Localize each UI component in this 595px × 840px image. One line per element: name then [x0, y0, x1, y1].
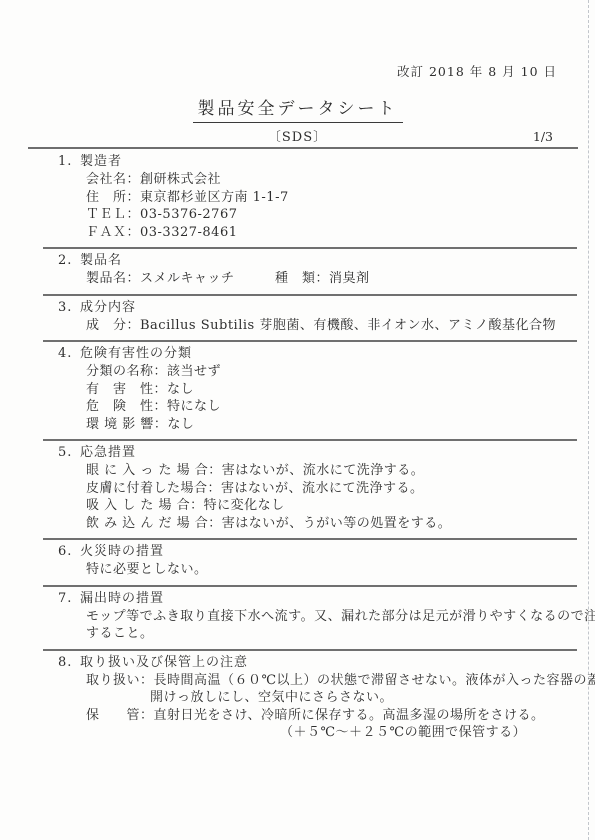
storage-line-2: （＋５℃～＋２５℃の範囲で保管する）	[280, 724, 595, 742]
handling-line-2: 開けっ放しにし、空気中にさらさない。	[150, 689, 595, 707]
skin-contact-line: 皮膚に付着した場合：害はないが、流水にて洗浄する。	[86, 480, 595, 498]
section-number: 4.	[58, 345, 80, 363]
tel-line: ＴＥＬ：03-5376-2767	[86, 206, 595, 224]
section-divider	[43, 585, 577, 587]
section-heading: 6.火災時の措置	[58, 543, 595, 561]
company-name-line: 会社名：創研株式会社	[86, 171, 595, 189]
section-leakage-measures: 7.漏出時の措置 モップ等でふき取り直接下水へ流す。又、漏れた部分は足元が滑りや…	[0, 590, 595, 643]
fax-line: ＦＡＸ：03-3327-8461	[86, 224, 595, 242]
section-ingredients: 3.成分内容 成 分：Bacillus Subtilis 芽胞菌、有機酸、非イオ…	[0, 299, 595, 335]
ingredients-line: 成 分：Bacillus Subtilis 芽胞菌、有機酸、非イオン水、アミノ酸…	[86, 317, 595, 335]
section-heading: 5.応急措置	[58, 444, 595, 462]
header-rule	[28, 147, 578, 149]
section-title: 製品名	[80, 253, 122, 268]
sds-document-page: 改訂 2018 年 8 月 10 日 製品安全データシート 〔SDS〕 1/3 …	[0, 0, 595, 840]
section-hazard-classification: 4.危険有害性の分類 分類の名称：該当せず 有 害 性：なし 危 険 性：特にな…	[0, 345, 595, 433]
product-name-line: 製品名：スメルキャッチ 種 類：消臭剤	[86, 270, 595, 288]
section-divider	[43, 649, 577, 651]
section-title: 火災時の措置	[80, 544, 164, 559]
section-first-aid: 5.応急措置 眼 に 入 っ た 場 合：害はないが、流水にて洗浄する。 皮膚に…	[0, 444, 595, 532]
section-title: 漏出時の措置	[80, 591, 164, 606]
section-number: 2.	[58, 252, 80, 270]
section-heading: 2.製品名	[58, 252, 595, 270]
section-number: 6.	[58, 543, 80, 561]
leakage-line-2: すること。	[86, 625, 595, 643]
section-title: 取り扱い及び保管上の注意	[80, 655, 248, 670]
page-number: 1/3	[533, 129, 553, 144]
section-heading: 3.成分内容	[58, 299, 595, 317]
eye-contact-line: 眼 に 入 っ た 場 合：害はないが、流水にて洗浄する。	[86, 462, 595, 480]
page-title: 製品安全データシート	[193, 94, 403, 123]
danger-line: 危 険 性：特になし	[86, 398, 595, 416]
section-manufacturer: 1.製造者 会社名：創研株式会社 住 所：東京都杉並区方南 1-1-7 ＴＥＬ：…	[0, 153, 595, 241]
storage-line-1: 保 管：直射日光をさけ、冷暗所に保存する。高温多湿の場所をさける。	[86, 707, 595, 725]
toxicity-line: 有 害 性：なし	[86, 381, 595, 399]
address-line: 住 所：東京都杉並区方南 1-1-7	[86, 189, 595, 207]
section-divider	[43, 538, 577, 540]
section-title: 危険有害性の分類	[80, 346, 192, 361]
section-divider	[43, 439, 577, 441]
section-product-name: 2.製品名 製品名：スメルキャッチ 種 類：消臭剤	[0, 252, 595, 288]
section-divider	[43, 294, 577, 296]
title-block: 製品安全データシート 〔SDS〕	[0, 94, 595, 145]
section-number: 7.	[58, 590, 80, 608]
section-divider	[43, 340, 577, 342]
revision-date: 改訂 2018 年 8 月 10 日	[397, 62, 557, 80]
section-heading: 8.取り扱い及び保管上の注意	[58, 654, 595, 672]
section-fire-measures: 6.火災時の措置 特に必要としない。	[0, 543, 595, 579]
section-title: 製造者	[80, 154, 122, 169]
fire-measures-line: 特に必要としない。	[86, 561, 595, 579]
leakage-line-1: モップ等でふき取り直接下水へ流す。又、漏れた部分は足元が滑りやすくなるので注意	[86, 608, 595, 626]
section-number: 5.	[58, 444, 80, 462]
section-title: 成分内容	[80, 300, 136, 315]
classification-line: 分類の名称：該当せず	[86, 363, 595, 381]
section-number: 8.	[58, 654, 80, 672]
inhalation-line: 吸 入 し た 場 合：特に変化なし	[86, 497, 595, 515]
sections-container: 1.製造者 会社名：創研株式会社 住 所：東京都杉並区方南 1-1-7 ＴＥＬ：…	[0, 150, 595, 742]
section-number: 3.	[58, 299, 80, 317]
section-heading: 4.危険有害性の分類	[58, 345, 595, 363]
section-heading: 1.製造者	[58, 153, 595, 171]
section-number: 1.	[58, 153, 80, 171]
section-handling-storage: 8.取り扱い及び保管上の注意 取り扱い：長時間高温（６０℃以上）の状態で滞留させ…	[0, 654, 595, 742]
environment-line: 環 境 影 響：なし	[86, 416, 595, 434]
page-subtitle: 〔SDS〕	[0, 126, 595, 145]
section-title: 応急措置	[80, 445, 136, 460]
handling-line-1: 取り扱い：長時間高温（６０℃以上）の状態で滞留させない。液体が入った容器の蓋を	[86, 672, 595, 690]
section-divider	[43, 247, 577, 249]
section-heading: 7.漏出時の措置	[58, 590, 595, 608]
ingestion-line: 飲 み 込 ん だ 場 合：害はないが、うがい等の処置をする。	[86, 515, 595, 533]
